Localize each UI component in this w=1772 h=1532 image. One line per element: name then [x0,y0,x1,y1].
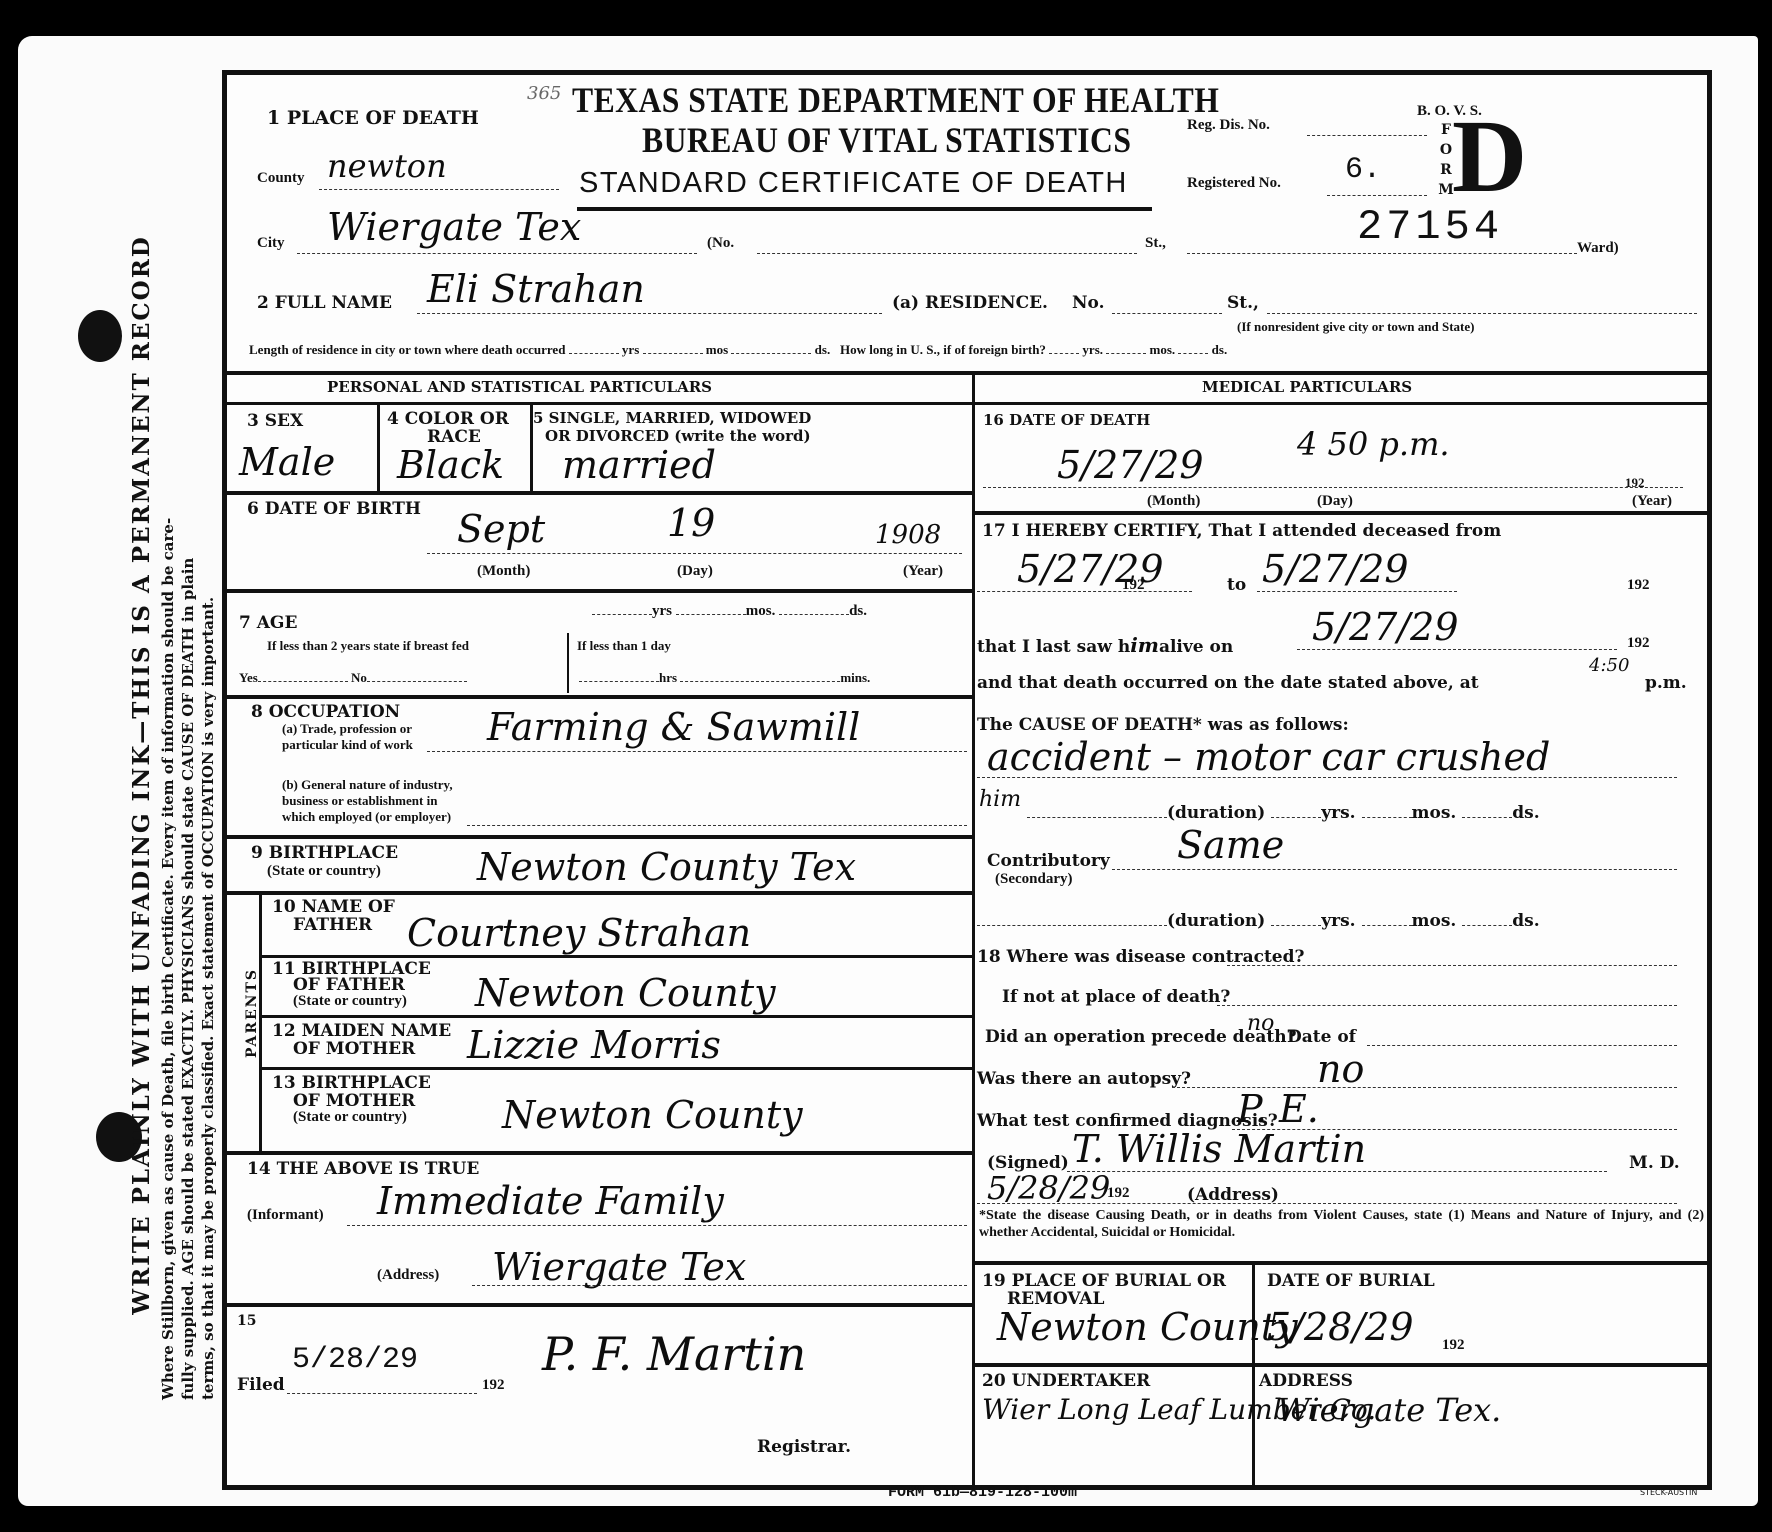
mother-birthplace-label-1: 13 BIRTHPLACE [272,1073,431,1093]
pm-label: p.m. [1645,673,1687,693]
divider [973,1261,1707,1265]
punch-hole-top [78,310,122,362]
father-name-value[interactable]: Courtney Strahan [407,911,751,955]
death-certificate-form: 1 PLACE OF DEATH 365 TEXAS STATE DEPARTM… [222,70,1712,1490]
registrar-signature: P. F. Martin [542,1327,806,1381]
attended-to-line [1257,591,1457,592]
length-label: Length of residence in city or town wher… [249,342,565,357]
signed-date-value[interactable]: 5/28/29 [987,1169,1110,1207]
secondary-label: (Secondary) [995,871,1073,888]
mother-label-1: 12 MAIDEN NAME [272,1021,451,1041]
reg-dis-label: Reg. Dis. No. [1187,117,1270,134]
undertaker-address-value[interactable]: Wiergate Tex. [1277,1391,1501,1429]
ward-field-line [1187,253,1577,254]
burial-year-prefix: 192 [1442,1337,1465,1354]
occupation-value[interactable]: Farming & Sawmill [487,705,860,749]
divider [260,1015,973,1018]
birthplace-label: 9 BIRTHPLACE [251,843,398,863]
filed-date-value[interactable]: 5/28/29 [292,1343,418,1377]
title-underline [577,207,1152,211]
cause-duration-row: (duration) yrs. mos. ds. [1027,803,1540,823]
time-of-death-value[interactable]: 4 50 p.m. [1297,425,1450,463]
sex-value[interactable]: Male [239,440,335,484]
operation-date-line[interactable] [1367,1045,1677,1046]
yrs-label: yrs. [1082,342,1103,357]
divider [973,402,1707,405]
divider [227,1303,973,1307]
undertaker-address-label: ADDRESS [1259,1371,1353,1391]
yrs-label: yrs. [1321,803,1355,823]
signed-line [1067,1171,1607,1172]
less-than-day-label: If less than 1 day [577,638,671,654]
margin-line: fully supplied. AGE should be stated EXA… [178,150,198,1400]
dob-day[interactable]: 19 [667,501,715,545]
secondary-duration-row: (duration) yrs. mos. ds. [977,911,1540,931]
form-letter-d: D [1452,105,1527,209]
dod-year-prefix: 192 [1625,475,1645,491]
cause-of-death-label: The CAUSE OF DEATH* was as follows: [977,715,1349,735]
mother-birthplace-value[interactable]: Newton County [502,1093,803,1137]
last-saw-label: that I last saw himalive on [977,633,1233,657]
column-divider [972,373,975,1485]
street-field-line [757,253,1137,254]
ds-label: ds. [1512,911,1539,931]
burial-date-label: DATE OF BURIAL [1267,1271,1435,1291]
length-of-residence-label: Length of residence in city or town wher… [249,342,1227,358]
last-saw-pronoun[interactable]: im [1130,633,1159,657]
no-label: No [351,670,367,685]
registered-no-label: Registered No. [1187,175,1281,192]
county-value[interactable]: newton [327,147,447,185]
year-caption: (Year) [903,563,943,580]
mos-label: mos. [1412,803,1457,823]
undertaker-label: 20 UNDERTAKER [982,1371,1150,1391]
ward-label: Ward) [1577,240,1619,257]
informant-value[interactable]: Immediate Family [377,1179,724,1223]
dod-field-line [983,487,1683,488]
personal-heading: PERSONAL AND STATISTICAL PARTICULARS [327,378,712,396]
ds-label: ds. [815,342,831,357]
operation-date-label: Date of [1287,1027,1356,1047]
section-divider [227,371,1707,375]
father-label-2: FATHER [293,915,372,935]
registered-field-line [1327,195,1427,196]
county-label: County [257,170,305,187]
filed-number: 15 [237,1313,256,1329]
divider [260,1067,973,1070]
race-value[interactable]: Black [397,443,504,487]
mos-label: mos. [746,603,776,619]
disease-contracted-line[interactable] [1227,965,1677,966]
marital-value[interactable]: married [562,443,716,487]
informant-address-value[interactable]: Wiergate Tex [492,1245,746,1289]
divider [227,891,973,895]
divider [227,695,973,699]
place-of-death-heading: 1 PLACE OF DEATH [267,107,479,129]
registrar-label: Registrar. [757,1437,851,1457]
filed-label: Filed [237,1375,285,1395]
mother-label-2: OF MOTHER [293,1039,415,1059]
full-name-label: 2 FULL NAME [257,293,392,313]
employer-field-line[interactable] [467,825,967,826]
residence-st-label: St., [1227,293,1259,313]
city-label: City [257,235,285,252]
margin-line: terms, so that it may be properly classi… [198,150,218,1400]
physician-signature: T. Willis Martin [1072,1127,1366,1171]
physician-address-label: (Address) [1187,1185,1279,1205]
age-label: 7 AGE [239,613,297,633]
occupation-field-line [427,751,967,752]
mos-label: mos [706,342,728,357]
occupation-a-2: particular kind of work [282,737,413,753]
burial-place-label-1: 19 PLACE OF BURIAL OR [982,1271,1226,1291]
printer-mark: STECK-AUSTIN [1640,1488,1697,1497]
title-department: TEXAS STATE DEPARTMENT OF HEALTH [572,79,1219,121]
reg-dis-field-line[interactable] [1307,135,1427,136]
residence-label: (a) RESIDENCE. [892,293,1048,313]
informant-field-line [347,1225,967,1226]
breast-fed-yes-no: Yes No [239,670,467,686]
dod-day-caption: (Day) [1317,493,1353,510]
divider [377,403,380,491]
stamped-number: 27154 [1357,203,1503,251]
day-caption: (Day) [677,563,713,580]
duration-label: (duration) [1167,911,1265,931]
father-birthplace-label-3: (State or country) [293,993,407,1010]
informant-address-label: (Address) [377,1267,439,1284]
divider [260,955,973,958]
attended-from-line [977,591,1192,592]
residence-no-label: No. [1072,293,1105,313]
attended-to-value[interactable]: 5/27/29 [1262,547,1409,591]
mother-birthplace-label-2: OF MOTHER [293,1091,415,1111]
certify-label: 17 I HEREBY CERTIFY, That I attended dec… [982,521,1501,541]
filed-year-prefix: 192 [482,1377,505,1394]
yes-label: Yes [239,670,258,685]
mother-birthplace-label-3: (State or country) [293,1109,407,1126]
yrs-label: yrs [622,342,639,357]
county-field-line [319,189,559,190]
burial-place-value[interactable]: Newton County [997,1305,1298,1349]
date-of-death-label: 16 DATE OF DEATH [983,411,1150,429]
burial-date-value[interactable]: 5/28/29 [1267,1305,1414,1349]
divider [227,1151,973,1155]
autopsy-label: Was there an autopsy? [977,1069,1191,1089]
mins-label: mins. [840,670,870,685]
contributory-line [1112,869,1677,870]
test-diagnosis-value[interactable]: P. E. [1237,1087,1319,1131]
contributory-label: Contributory [987,851,1110,871]
month-caption: (Month) [477,563,530,580]
birthplace-value[interactable]: Newton County Tex [477,845,856,889]
city-field-line [297,253,697,254]
last-saw-text-b: alive on [1159,637,1233,657]
md-label: M. D. [1629,1153,1680,1173]
dob-month[interactable]: Sept [457,507,545,551]
parents-label: PARENTS [244,968,260,1058]
father-label-1: 10 NAME OF [272,897,395,917]
foreign-birth-label: How long in U. S., if of foreign birth? [840,342,1046,357]
residence-no-field-line[interactable] [1112,313,1222,314]
attended-to-label: to [1227,575,1246,595]
dod-year-caption: (Year) [1632,493,1672,510]
divider [227,402,973,405]
last-saw-year: 192 [1627,635,1650,652]
residence-st-field-line[interactable] [1267,313,1697,314]
occupation-a-1: (a) Trade, profession or [282,721,412,737]
hrs-label: hrs [659,670,677,685]
divider [227,589,973,593]
mos-label: mos. [1150,342,1176,357]
not-place-of-death-label: If not at place of death? [1002,987,1230,1007]
death-occurred-time[interactable]: 4:50 [1589,655,1629,676]
signed-year-prefix: 192 [1107,1185,1130,1202]
ds-label: ds. [849,603,867,619]
street-no-label: (No. [707,235,734,252]
mother-name-value[interactable]: Lizzie Morris [467,1023,721,1067]
filed-field-line [287,1393,477,1394]
operation-value[interactable]: no [1247,1011,1274,1036]
sex-label: 3 SEX [247,411,303,431]
title-certificate: STANDARD CERTIFICATE OF DEATH [579,167,1128,200]
divider [973,1363,1707,1367]
divider [1252,1263,1255,1485]
above-is-true-label: 14 THE ABOVE IS TRUE [247,1159,479,1179]
contributory-value[interactable]: Same [1177,823,1284,867]
cause-footnote: *State the disease Causing Death, or in … [979,1207,1704,1241]
last-saw-text: that I last saw h [977,637,1130,657]
divider [227,491,973,495]
dob-label: 6 DATE OF BIRTH [247,499,421,519]
title-bureau: BUREAU OF VITAL STATISTICS [642,119,1131,161]
full-name-field-line [417,313,882,314]
death-occurred-label: and that death occurred on the date stat… [977,673,1479,693]
margin-instructions: WRITE PLAINLY WITH UNFADING INK—THIS IS … [128,150,220,1400]
father-birthplace-value[interactable]: Newton County [475,971,776,1015]
form-number: FORM 61b—819-128-100m [888,1484,1077,1501]
occupation-b-1: (b) General nature of industry, [282,777,453,793]
margin-heading: WRITE PLAINLY WITH UNFADING INK—THIS IS … [128,150,158,1400]
marital-label-1: 5 SINGLE, MARRIED, WIDOWED [533,409,811,427]
cause-of-death-value[interactable]: accident – motor car crushed [987,735,1550,779]
disease-contracted-label: 18 Where was disease contracted? [977,947,1304,967]
medical-heading: MEDICAL PARTICULARS [1202,378,1412,396]
registered-no-value[interactable]: 6. [1345,153,1381,187]
divider [973,511,1707,515]
ds-label: ds. [1512,803,1539,823]
dod-month-caption: (Month) [1147,493,1200,510]
yrs-label: yrs [652,603,672,619]
dob-field-line [427,553,962,554]
last-saw-value[interactable]: 5/27/29 [1312,605,1459,649]
not-place-of-death-line[interactable] [1217,1005,1677,1006]
yrs-label: yrs. [1321,911,1355,931]
divider [227,835,973,839]
birthplace-sub: (State or country) [267,863,381,880]
breast-fed-label: If less than 2 years state if breast fed [267,638,469,654]
occupation-b-2: business or establishment in [282,793,437,809]
divider [567,633,569,693]
full-name-value[interactable]: Eli Strahan [427,267,645,311]
occupation-b-3: which employed (or employer) [282,809,451,825]
mos-label: mos. [1412,911,1457,931]
date-of-death-value[interactable]: 5/27/29 [1057,443,1204,487]
attended-to-year: 192 [1627,577,1650,594]
father-birthplace-label-2: OF FATHER [293,975,405,995]
autopsy-value[interactable]: no [1317,1047,1364,1091]
hours-mins: hrs mins. [579,670,870,686]
cause-of-death-value-2[interactable]: him [979,787,1021,812]
ds-label: ds. [1212,342,1228,357]
age-units: yrs mos. ds. [592,603,867,620]
dob-year[interactable]: 1908 [875,520,941,550]
occupation-label: 8 OCCUPATION [251,702,400,722]
informant-label: (Informant) [247,1207,324,1224]
city-value[interactable]: Wiergate Tex [327,205,581,249]
street-label: St., [1145,235,1166,252]
pencil-mark: 365 [527,83,561,104]
duration-label: (duration) [1167,803,1265,823]
residence-note: (If nonresident give city or town and St… [1237,319,1475,335]
attended-from-year: 192 [1122,577,1145,594]
last-saw-line [1297,649,1617,650]
race-label-1: 4 COLOR OR [387,409,509,429]
margin-line: Where Stillborn, given as cause of Death… [158,150,178,1400]
